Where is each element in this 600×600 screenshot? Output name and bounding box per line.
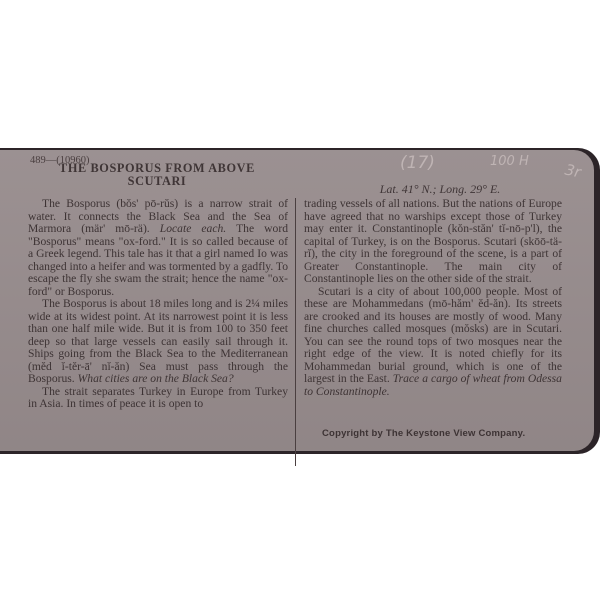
paragraph: trading vessels of all nations. But the … [304, 198, 562, 286]
handwritten-note: (17) [400, 153, 435, 173]
study-question: Locate each. [160, 222, 226, 235]
paragraph: Scutari is a city of about 100,000 peopl… [304, 286, 562, 399]
paragraph: The Bosporus is about 18 miles long and … [28, 298, 288, 386]
paragraph-text: The strait separates Turkey in Europe fr… [28, 385, 288, 411]
study-question: What cities are on the Black Sea? [78, 372, 234, 385]
right-column: trading vessels of all nations. But the … [304, 198, 562, 398]
paragraph-text: trading vessels of all nations. But the … [304, 197, 562, 285]
handwritten-note: 3r [563, 161, 582, 182]
paragraph: The Bosporus (bŏs' pō-rŭs) is a narrow s… [28, 198, 288, 298]
stereoview-card-back: (17) 100 H 3r 489—(10960) THE BOSPORUS F… [0, 150, 594, 451]
column-divider [295, 198, 296, 466]
paragraph: The strait separates Turkey in Europe fr… [28, 386, 288, 411]
copyright-notice: Copyright by The Keystone View Company. [322, 428, 525, 439]
left-column: The Bosporus (bŏs' pō-rŭs) is a narrow s… [28, 198, 288, 411]
card-title: THE BOSPORUS FROM ABOVE SCUTARI [22, 162, 292, 188]
paragraph-text: Scutari is a city of about 100,000 peopl… [304, 285, 562, 386]
handwritten-note: 100 H [490, 154, 529, 169]
coordinates: Lat. 41° N.; Long. 29° E. [300, 182, 580, 197]
title-line-2: SCUTARI [22, 175, 292, 188]
